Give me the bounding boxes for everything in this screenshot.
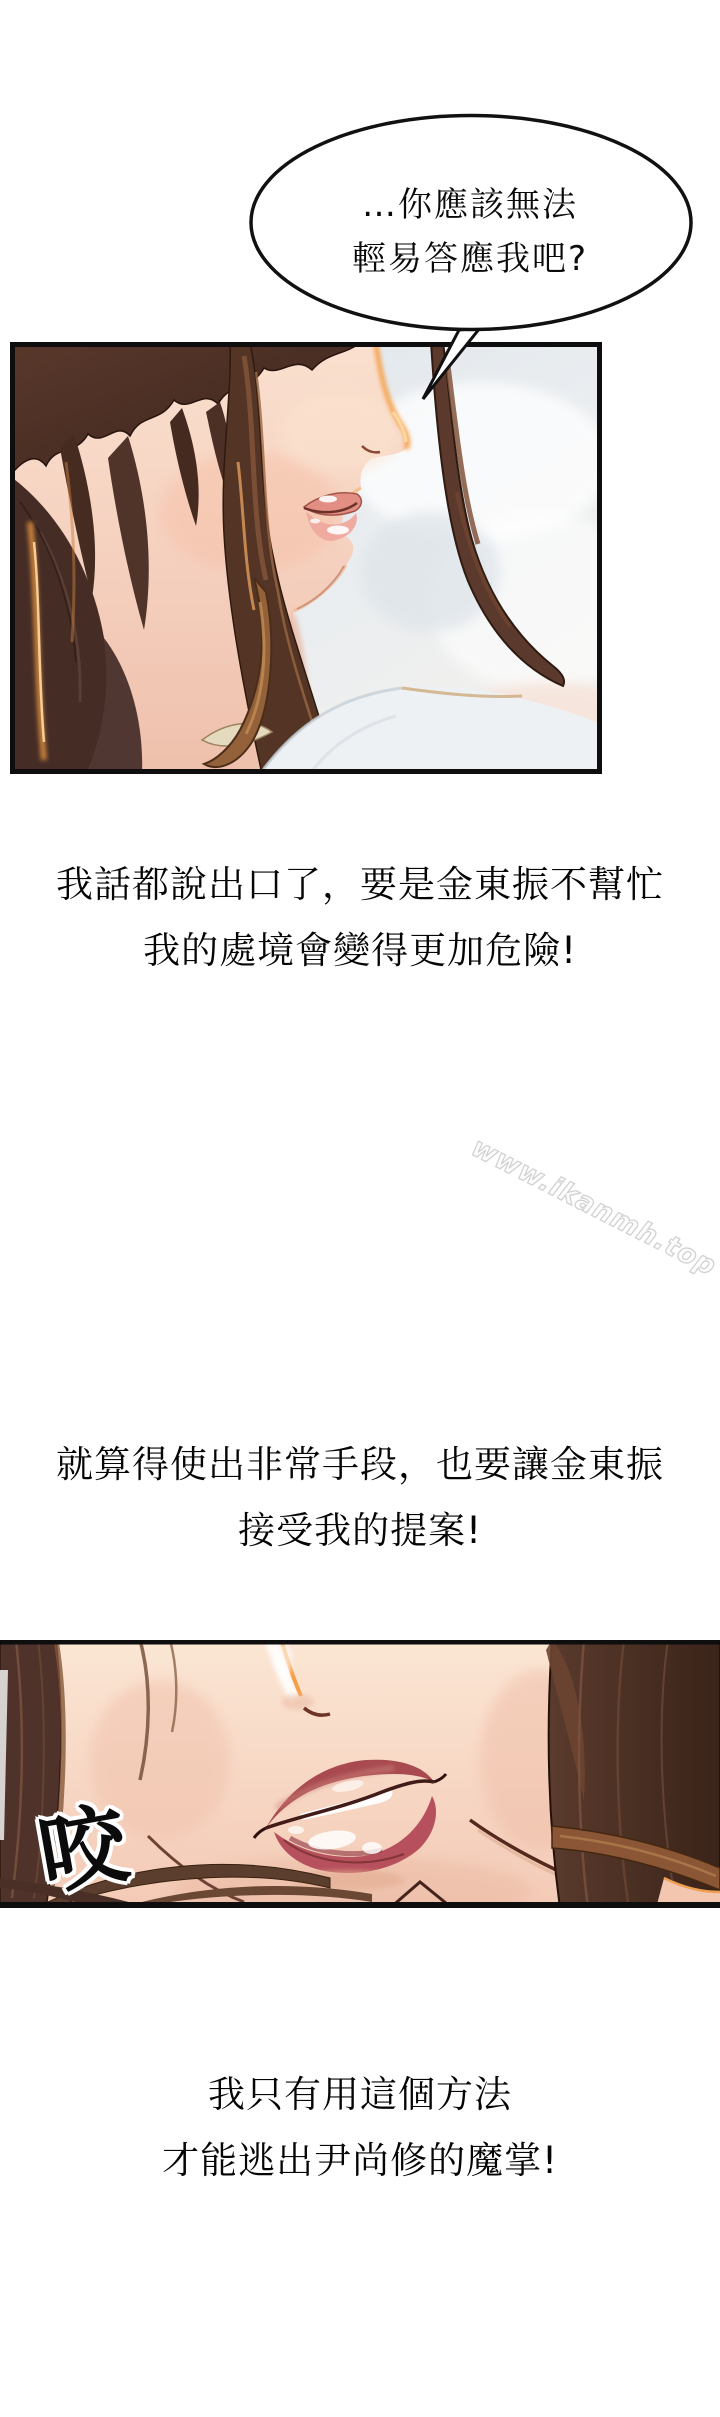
narration-block2-line2: 接受我的提案! xyxy=(0,1508,720,1554)
narration-block1-line2: 我的處境會變得更加危險! xyxy=(0,928,720,974)
narration-block2-line1: 就算得使出非常手段，也要讓金東振 xyxy=(0,1442,720,1488)
panel-2-hair-right xyxy=(546,1640,720,1908)
narration-block3-line1: 我只有用這個方法 xyxy=(0,2072,720,2118)
bubble-text-line-2: 輕易答應我吧? xyxy=(250,237,690,281)
panel-2-border-top xyxy=(0,1640,720,1645)
watermark-text: www.ikanmh.top xyxy=(466,1132,720,1282)
narration-block3-line2: 才能逃出尹尚修的魔掌! xyxy=(0,2138,720,2184)
manhwa-page: …你應該無法 輕易答應我吧? 我話都說出口了，要是金東振不幫忙 我的處境會變得更… xyxy=(0,0,720,2417)
panel-2-border-bottom xyxy=(0,1902,720,1908)
speech-bubble-tail xyxy=(423,328,480,399)
narration-block1-line1: 我話都說出口了，要是金東振不幫忙 xyxy=(0,862,720,908)
bubble-text-line-1: …你應該無法 xyxy=(250,183,690,227)
